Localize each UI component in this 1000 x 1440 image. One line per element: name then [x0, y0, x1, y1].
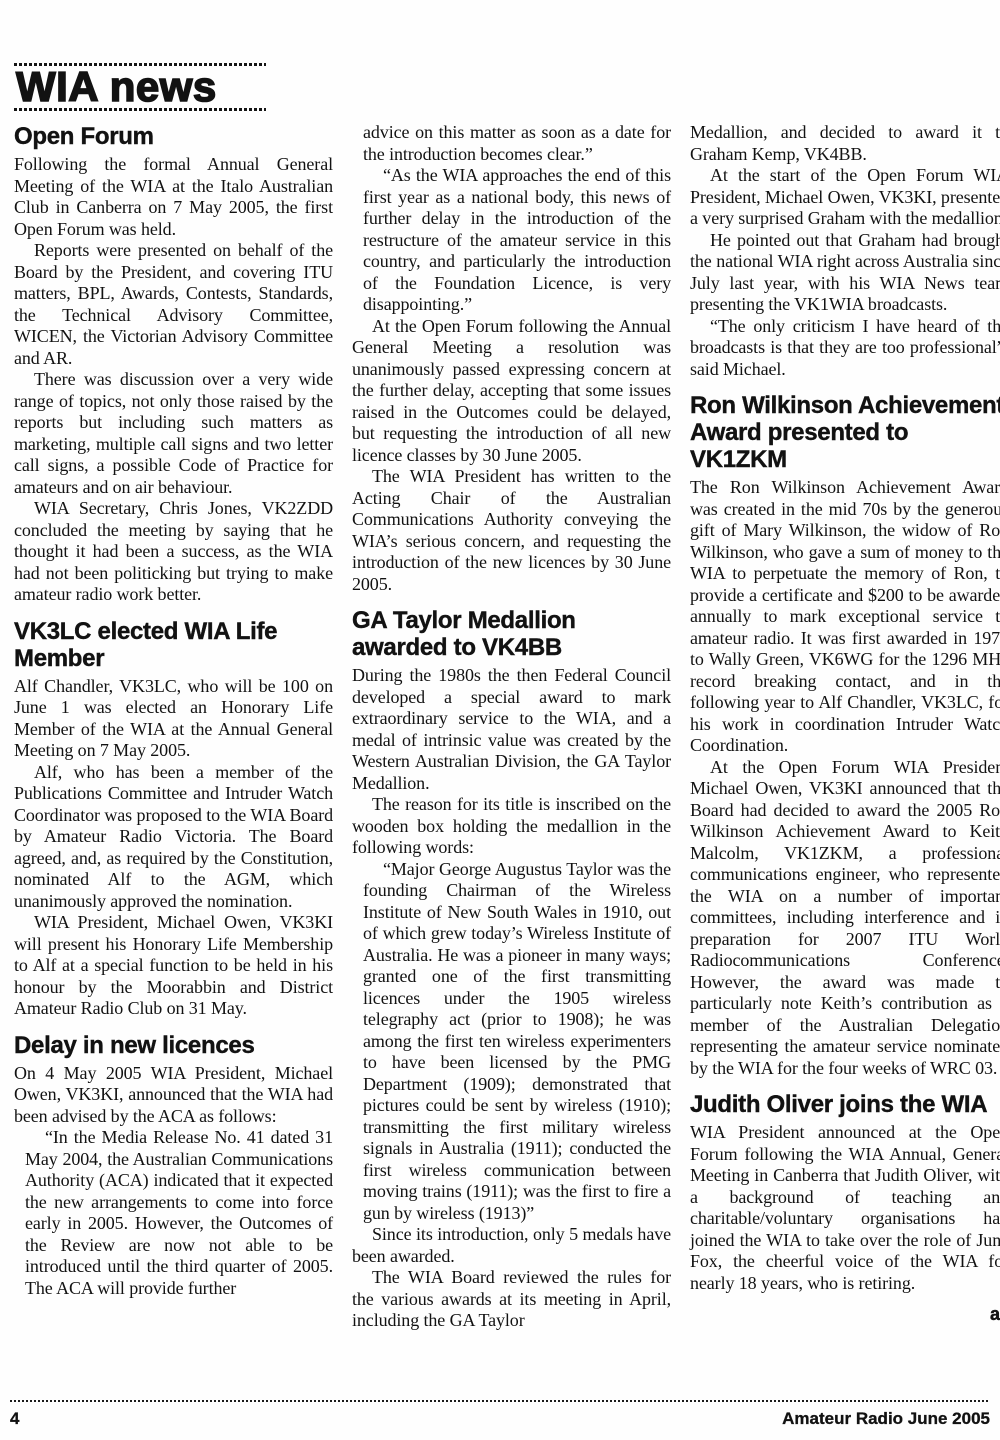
paragraph: WIA President, Michael Owen, VK3KI will … [14, 912, 333, 1020]
paragraph: Alf Chandler, VK3LC, who will be 100 on … [14, 676, 333, 762]
section-heading: Ron Wilkinson Achievement Award presente… [690, 392, 1000, 473]
paragraph: At the start of the Open Forum WIA Presi… [690, 165, 1000, 230]
page-content: WIA news Open ForumFollowing the formal … [0, 0, 1000, 1332]
paragraph: The reason for its title is inscribed on… [352, 794, 671, 859]
section-heading: GA Taylor Medallion awarded to VK4BB [352, 607, 671, 661]
section-heading: VK3LC elected WIA Life Member [14, 618, 333, 672]
paragraph: Following the formal Annual General Meet… [14, 154, 333, 240]
paragraph: “As the WIA approaches the end of this f… [363, 165, 671, 316]
paragraph: At the Open Forum WIA President Michael … [690, 757, 1000, 1080]
end-mark: ar [690, 1304, 1000, 1325]
column-3-blocks: Medallion, and decided to award it to Gr… [690, 122, 1000, 1325]
publication-title: Amateur Radio June 2005 [782, 1409, 990, 1429]
paragraph: During the 1980s the then Federal Counci… [352, 665, 671, 794]
section-heading: Delay in new licences [14, 1032, 333, 1059]
paragraph: “In the Media Release No. 41 dated 31 Ma… [25, 1127, 333, 1299]
paragraph: There was discussion over a very wide ra… [14, 369, 333, 498]
section-heading: Judith Oliver joins the WIA [690, 1091, 1000, 1118]
page-footer: 4 Amateur Radio June 2005 [10, 1400, 990, 1429]
footer-row: 4 Amateur Radio June 2005 [10, 1402, 990, 1429]
paragraph: He pointed out that Graham had brought t… [690, 230, 1000, 316]
masthead: WIA news [14, 63, 266, 111]
paragraph: “Major George Augustus Taylor was the fo… [363, 859, 671, 1225]
paragraph: The WIA President has written to the Act… [352, 466, 671, 595]
column-3: Medallion, and decided to award it to Gr… [690, 55, 1000, 1332]
paragraph: advice on this matter as soon as a date … [363, 122, 671, 165]
magazine-page: WIA news Open ForumFollowing the formal … [0, 0, 1000, 1440]
paragraph: Medallion, and decided to award it to Gr… [690, 122, 1000, 165]
paragraph: On 4 May 2005 WIA President, Michael Owe… [14, 1063, 333, 1128]
column-2-blocks: advice on this matter as soon as a date … [352, 122, 671, 1332]
paragraph: At the Open Forum following the Annual G… [352, 316, 671, 467]
paragraph: “The only criticism I have heard of the … [690, 316, 1000, 381]
section-heading: Open Forum [14, 123, 333, 150]
column-1: WIA news Open ForumFollowing the formal … [14, 55, 333, 1332]
masthead-title: WIA news [14, 66, 266, 108]
paragraph: The WIA Board reviewed the rules for the… [352, 1267, 671, 1332]
column-2: advice on this matter as soon as a date … [352, 55, 671, 1332]
paragraph: The Ron Wilkinson Achievement Award was … [690, 477, 1000, 757]
page-number: 4 [10, 1409, 19, 1429]
paragraph: Since its introduction, only 5 medals ha… [352, 1224, 671, 1267]
column-1-blocks: Open ForumFollowing the formal Annual Ge… [14, 123, 333, 1299]
paragraph: Alf, who has been a member of the Public… [14, 762, 333, 913]
paragraph: Reports were presented on behalf of the … [14, 240, 333, 369]
paragraph: WIA Secretary, Chris Jones, VK2ZDD concl… [14, 498, 333, 606]
paragraph: WIA President announced at the Open Foru… [690, 1122, 1000, 1294]
